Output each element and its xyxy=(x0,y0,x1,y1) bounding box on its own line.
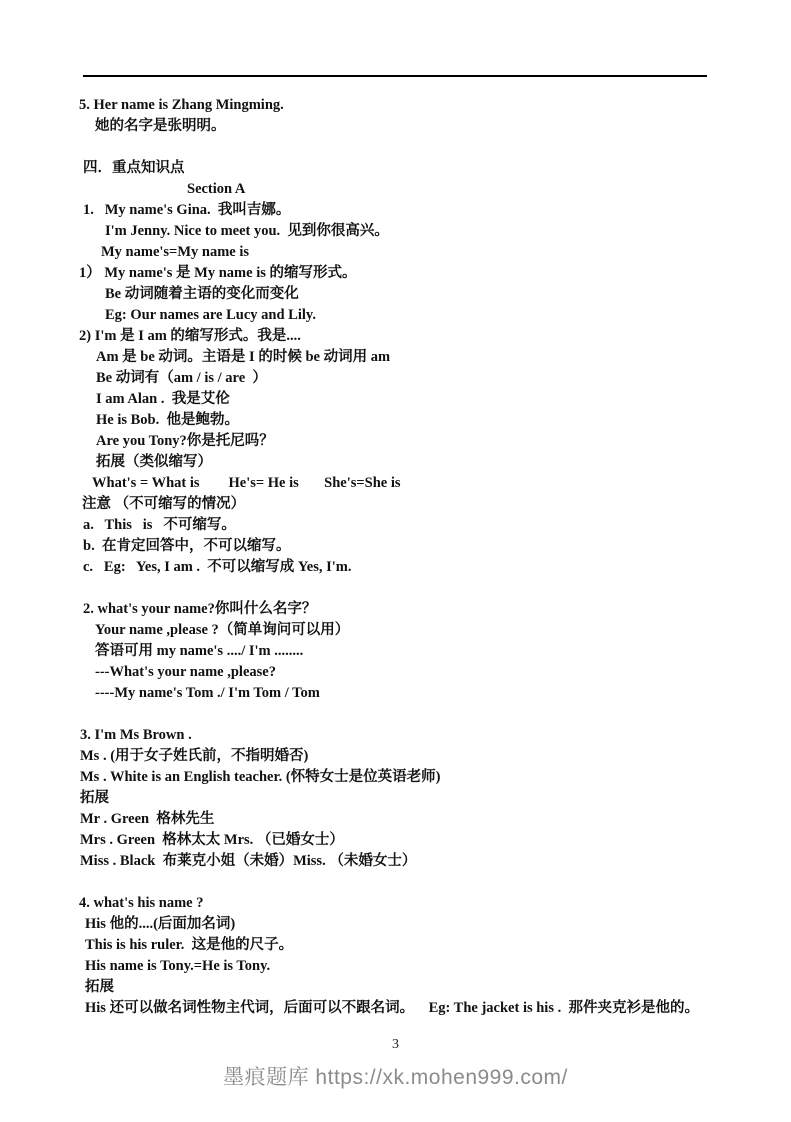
doc-line: 5. Her name is Zhang Mingming. xyxy=(79,95,739,116)
doc-line: 拓展 xyxy=(79,977,739,998)
doc-line: 四．重点知识点 xyxy=(79,158,739,179)
doc-line: 拓展 xyxy=(79,788,739,809)
doc-line: ---What's your name ,please? xyxy=(79,662,739,683)
doc-line: Be 动词有（am / is / are ） xyxy=(79,368,739,389)
doc-line: 她的名字是张明明。 xyxy=(79,116,739,137)
doc-line: 2) I'm 是 I am 的缩写形式。我是.... xyxy=(79,326,739,347)
document-body: 5. Her name is Zhang Mingming.她的名字是张明明。四… xyxy=(79,95,739,1019)
doc-line: Mrs . Green 格林太太 Mrs. （已婚女士） xyxy=(79,830,739,851)
doc-line: ----My name's Tom ./ I'm Tom / Tom xyxy=(79,683,739,704)
doc-line: Eg: Our names are Lucy and Lily. xyxy=(79,305,739,326)
doc-line: c. Eg: Yes, I am . 不可以缩写成 Yes, I'm. xyxy=(79,557,739,578)
header-divider xyxy=(83,75,707,77)
doc-line: Be 动词随着主语的变化而变化 xyxy=(79,284,739,305)
doc-line: 2. what's your name?你叫什么名字？ xyxy=(79,599,739,620)
doc-line: His 还可以做名词性物主代词，后面可以不跟名词。 Eg: The jacket… xyxy=(79,998,739,1019)
doc-line: 拓展（类似缩写） xyxy=(79,452,739,473)
doc-line: I'm Jenny. Nice to meet you. 见到你很高兴。 xyxy=(79,221,739,242)
doc-line: Section A xyxy=(79,179,739,200)
doc-line: 答语可用 my name's ..../ I'm ........ xyxy=(79,641,739,662)
watermark-footer: 墨痕题库 https://xk.mohen999.com/ xyxy=(0,1061,791,1091)
doc-line: He is Bob. 他是鲍勃。 xyxy=(79,410,739,431)
doc-line: His name is Tony.=He is Tony. xyxy=(79,956,739,977)
doc-line: b. 在肯定回答中，不可以缩写。 xyxy=(79,536,739,557)
doc-line: 1. My name's Gina. 我叫吉娜。 xyxy=(79,200,739,221)
doc-line: a. This is 不可缩写。 xyxy=(79,515,739,536)
doc-line: Your name ,please ?（简单询问可以用） xyxy=(79,620,739,641)
doc-line: Ms . White is an English teacher. (怀特女士是… xyxy=(79,767,739,788)
doc-line: 注意 （不可缩写的情况） xyxy=(79,494,739,515)
doc-line: This is his ruler. 这是他的尺子。 xyxy=(79,935,739,956)
doc-line: My name's=My name is xyxy=(79,242,739,263)
doc-line: Miss . Black 布莱克小姐（未婚）Miss. （未婚女士） xyxy=(79,851,739,872)
doc-line: Mr . Green 格林先生 xyxy=(79,809,739,830)
doc-line: Ms . (用于女子姓氏前，不指明婚否) xyxy=(79,746,739,767)
page-number: 3 xyxy=(0,1037,791,1053)
doc-line: 3. I'm Ms Brown . xyxy=(79,725,739,746)
doc-line: I am Alan . 我是艾伦 xyxy=(79,389,739,410)
doc-line: 4. what's his name ? xyxy=(79,893,739,914)
document-page: 5. Her name is Zhang Mingming.她的名字是张明明。四… xyxy=(0,0,791,1122)
doc-line: What's = What is He's= He is She's=She i… xyxy=(79,473,739,494)
doc-line: Are you Tony?你是托尼吗？ xyxy=(79,431,739,452)
doc-line: His 他的....(后面加名词) xyxy=(79,914,739,935)
doc-line: Am 是 be 动词。主语是 I 的时候 be 动词用 am xyxy=(79,347,739,368)
doc-line: 1） My name's 是 My name is 的缩写形式。 xyxy=(79,263,739,284)
